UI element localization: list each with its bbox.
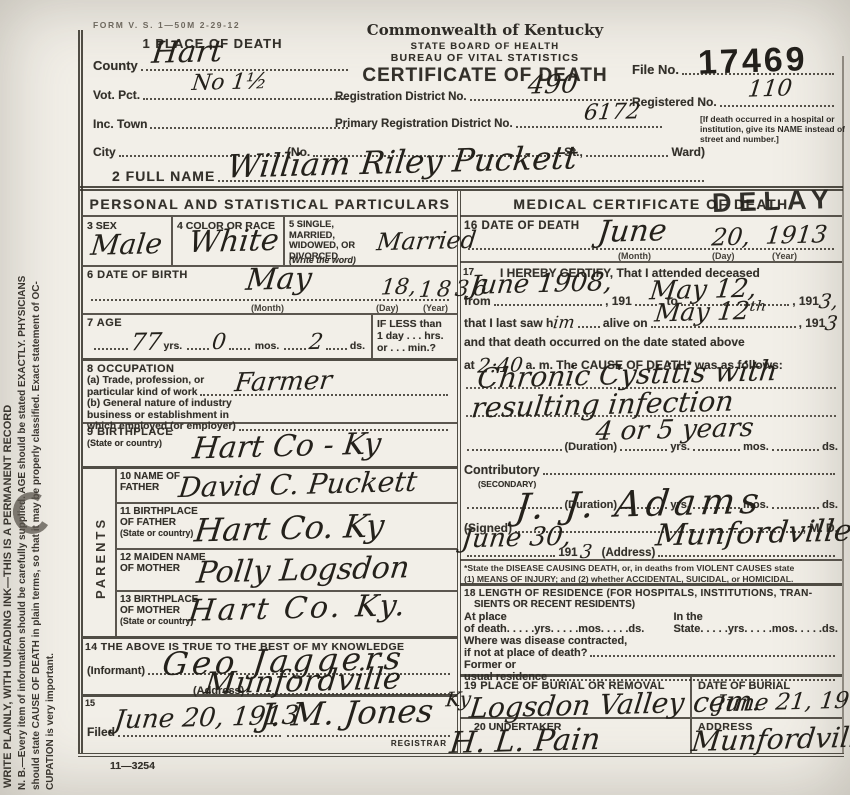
parents-rows: 10 NAME OF FATHER David C. Puckett 11 BI…: [117, 469, 457, 636]
occupation-a2: particular kind of work: [87, 387, 197, 399]
voting-precinct-label: Vot. Pct.: [93, 88, 140, 102]
cause-duration-value: 4 or 5 years: [594, 415, 755, 445]
occupation-row: 8 OCCUPATION (a) Trade, profession, or p…: [83, 361, 457, 424]
dod-year-caption: (Year): [772, 251, 797, 261]
duration-dots-0: [467, 446, 562, 451]
margin-note-permanent-record: WRITE PLAINLY, WITH UNFADING INK—THIS IS…: [2, 405, 14, 788]
county-label: County: [93, 58, 138, 73]
certify-to-191-printed: , 191: [792, 294, 819, 308]
father-name-row: 10 NAME OF FATHER David C. Puckett: [117, 469, 457, 504]
dob-month-value: May: [244, 264, 313, 296]
certify-line3a: that I last saw h: [464, 316, 553, 330]
age-lead-dots: [94, 345, 128, 350]
registered-no-label: Registered No.: [632, 95, 717, 109]
dob-month-caption: (Month): [251, 303, 284, 313]
burial-row: 19 PLACE OF BURIAL OR REMOVAL Ky Logsdon…: [460, 677, 842, 719]
if-less-box: IF LESS than 1 day . . . hrs. or . . . m…: [371, 315, 457, 358]
burial-place-cell: 19 PLACE OF BURIAL OR REMOVAL Ky Logsdon…: [460, 677, 692, 717]
mother-name-value: Polly Logsdon: [195, 553, 411, 589]
hospital-note: [If death occurred in a hospital or inst…: [700, 114, 846, 144]
hole-punch-mark: [9, 489, 55, 538]
county-value: Hart: [150, 37, 224, 69]
residence-contracted-2: if not at place of death?: [464, 647, 587, 659]
certify-block: 17 I HEREBY CERTIFY, That I attended dec…: [460, 263, 842, 459]
margin-note-occupation: CUPATION is very important.: [45, 653, 56, 790]
dob-row: 6 DATE OF BIRTH May 18, 1836 (Month) (Da…: [83, 267, 457, 315]
footnote-block: *State the DISEASE CAUSING DEATH, or, in…: [460, 559, 842, 583]
burial-stray-hw: Ky: [445, 689, 472, 710]
age-row: 7 AGE 77 yrs. 0 mos. 2 ds. IF LESS than …: [83, 315, 457, 361]
residence-at-place-1: At place: [464, 611, 673, 623]
father-birthplace-hint: (State or country): [120, 528, 193, 538]
father-name-value: David C. Puckett: [177, 468, 419, 502]
signed-address-value: Munfordville: [654, 516, 850, 551]
residence-contracted-blank: [590, 652, 835, 657]
ward-label: Ward): [671, 145, 705, 159]
voting-precinct-value: No 1½: [191, 71, 269, 95]
file-no-label: File No.: [632, 62, 679, 77]
age-dots-1: [187, 345, 208, 350]
sex-value: Male: [89, 230, 163, 260]
age-value-line: 77 yrs. 0 mos. 2 ds.: [91, 330, 365, 352]
birthplace-hint: (State or country): [87, 438, 162, 448]
certify-line3-year: 3: [824, 313, 839, 333]
dod-day-value: 20,: [711, 225, 752, 250]
birthplace-value: Hart Co - Ky: [191, 430, 383, 465]
if-less-line-2: 1 day . . . hrs.: [377, 330, 457, 342]
residence-label-2: SIENTS OR RECENT RESIDENTS): [474, 599, 838, 610]
age-dots-2: [229, 345, 250, 350]
marital-value: Married: [375, 228, 477, 255]
sex-cell: 3 SEX Male: [83, 217, 173, 265]
dod-day-caption: (Day): [712, 251, 735, 261]
duration-ds: ds.: [822, 441, 838, 453]
dod-month-caption: (Month): [618, 251, 651, 261]
certify-from-blank: [494, 301, 602, 306]
contributory-label: Contributory: [464, 463, 540, 477]
occupation-b1: (b) General nature of industry: [87, 398, 451, 410]
filed-block: 15 Filed June 20, 1913 J. M. Jones REGIS…: [83, 697, 457, 750]
undertaker-address-cell: ADDRESS Munfordville Ky.: [692, 719, 842, 753]
full-name-label: 2 FULL NAME: [112, 168, 215, 184]
residence-in-state-1: In the: [673, 611, 838, 623]
father-name-label-2: FATHER: [120, 482, 159, 493]
certify-line3c: , 191: [799, 316, 826, 330]
contributory-blank: [543, 470, 835, 475]
mother-birthplace-label-2: OF MOTHER: [120, 605, 180, 616]
city-label: City: [93, 145, 116, 159]
undertaker-cell: 20 UNDERTAKER H. L. Pain: [460, 719, 692, 753]
age-dots-4: [326, 345, 347, 350]
contrib-ds: ds.: [822, 499, 838, 511]
sex-race-marital-row: 3 SEX Male 4 COLOR OR RACE White 5 SINGL…: [83, 217, 457, 267]
undertaker-address-value: Munfordville Ky.: [690, 722, 850, 756]
parents-label-cell: PARENTS: [83, 469, 117, 636]
filed-label: Filed: [87, 725, 115, 739]
death-certificate-scan: WRITE PLAINLY, WITH UNFADING INK—THIS IS…: [0, 0, 850, 795]
form-code: 11—3254: [110, 760, 155, 772]
registration-district-value: 490: [526, 71, 579, 98]
primary-district-label: Primary Registration District No.: [335, 118, 513, 130]
inc-town-row: Inc. Town: [93, 117, 351, 131]
signed-address-dots: [658, 552, 835, 557]
parents-label: PARENTS: [93, 517, 108, 599]
contributory-row: Contributory: [464, 463, 838, 477]
certify-line3-date: May 12ᵗʰ: [653, 298, 768, 326]
duration-dots-1: [620, 446, 667, 451]
header-center: Commonwealth of Kentucky STATE BOARD OF …: [330, 21, 640, 87]
if-less-line-1: IF LESS than: [377, 318, 457, 330]
dod-year-value: 1913: [765, 222, 829, 248]
age-years-unit: yrs.: [164, 340, 183, 352]
certificate-title: CERTIFICATE OF DEATH: [330, 65, 640, 87]
filed-registrar-value: J. M. Jones: [259, 695, 435, 731]
age-years-value: 77: [130, 330, 163, 355]
form-right-border: [842, 56, 844, 753]
contributory-block: Contributory (SECONDARY) (Duration) yrs.…: [460, 459, 842, 559]
residence-columns: At place of death. . . . .yrs. . . . .mo…: [464, 611, 838, 635]
race-value: White: [187, 226, 280, 258]
inc-town-label: Inc. Town: [93, 117, 147, 131]
undertaker-row: 20 UNDERTAKER H. L. Pain ADDRESS Munford…: [460, 719, 842, 753]
age-days-unit: ds.: [350, 340, 365, 352]
certify-line3-hw: im: [552, 315, 576, 333]
signed-date-hw: June 30,: [460, 524, 572, 553]
registered-no-value: 110: [747, 77, 794, 101]
father-birthplace-value: Hart Co. Ky: [193, 509, 386, 546]
primary-district-value: 6172: [583, 101, 642, 124]
registered-no-blank: [720, 102, 834, 107]
dob-day-value: 18,: [380, 277, 418, 300]
mother-birthplace-hint: (State or country): [120, 616, 193, 626]
signed-address-label: (Address): [602, 547, 656, 559]
filed-num: 15: [85, 698, 95, 708]
bureau-line: BUREAU OF VITAL STATISTICS: [330, 52, 640, 64]
delay-stamp: DELAY: [711, 184, 836, 219]
certify-line3b: alive on: [603, 316, 648, 330]
certify-to-year-hw: 3,: [818, 291, 839, 311]
mother-name-row: 12 MAIDEN NAME OF MOTHER Polly Logsdon: [117, 550, 457, 593]
certify-lastsaw-row: that I last saw h im alive on , 191 3: [464, 313, 838, 330]
contrib-dots-3: [772, 504, 819, 509]
certify-line-4: and that death occurred on the date stat…: [464, 335, 836, 349]
margin-note-cause: should state CAUSE OF DEATH in plain ter…: [31, 281, 42, 790]
birthplace-row: 9 BIRTHPLACE (State or country) Hart Co …: [83, 424, 457, 469]
dod-label: 16 DATE OF DEATH: [464, 220, 580, 232]
medical-section: MEDICAL CERTIFICATE OF DEATH 16 DATE OF …: [460, 191, 842, 753]
certify-lastsaw-dots-1: [578, 323, 600, 328]
father-name-label-1: 10 NAME OF: [120, 471, 180, 482]
duration-dots-3: [772, 446, 819, 451]
voting-precinct-blank-line: [143, 95, 348, 100]
residence-contracted-1: Where was disease contracted,: [464, 635, 838, 647]
informant-block: 14 THE ABOVE IS TRUE TO THE BEST OF MY K…: [83, 639, 457, 697]
form-number: FORM V. S. 1—50M 2-29-12: [93, 20, 240, 30]
personal-section: PERSONAL AND STATISTICAL PARTICULARS 3 S…: [83, 191, 457, 753]
residence-contracted-row: if not at place of death?: [464, 647, 838, 659]
duration-dots-2: [693, 446, 740, 451]
full-name-value: William Riley Puckett: [226, 141, 580, 182]
age-months-unit: mos.: [255, 340, 280, 352]
residence-block: 18 LENGTH OF RESIDENCE (FOR HOSPITALS, I…: [460, 583, 842, 677]
certify-at-label: at: [464, 358, 475, 372]
signed-year-hw: 3: [578, 543, 592, 562]
residence-former-1: Former or: [464, 659, 838, 671]
mother-name-label-1: 12 MAIDEN NAME: [120, 552, 206, 563]
birthplace-label: 9 BIRTHPLACE: [87, 426, 173, 438]
dob-label: 6 DATE OF BIRTH: [87, 269, 188, 281]
father-birthplace-row: 11 BIRTHPLACE OF FATHER (State or countr…: [117, 504, 457, 550]
residence-at-place: At place of death. . . . .yrs. . . . .mo…: [464, 611, 673, 635]
occupation-value: Farmer: [233, 368, 333, 397]
registration-district-label: Registration District No.: [335, 91, 467, 103]
personal-section-header: PERSONAL AND STATISTICAL PARTICULARS: [83, 191, 457, 217]
mother-birthplace-label-1: 13 BIRTHPLACE: [120, 594, 198, 605]
residence-in-state: In the State. . . . .yrs. . . . .mos. . …: [673, 611, 838, 635]
age-months-value: 0: [210, 332, 227, 354]
mother-birthplace-row: 13 BIRTHPLACE OF MOTHER (State or countr…: [117, 592, 457, 636]
father-birthplace-label-1: 11 BIRTHPLACE: [120, 506, 198, 517]
residence-label-1: 18 LENGTH OF RESIDENCE (FOR HOSPITALS, I…: [464, 588, 838, 599]
burial-place-value: Logsdon Valley cem.: [468, 687, 763, 723]
residence-at-place-2: of death. . . . .yrs. . . . .mos. . . . …: [464, 623, 673, 635]
registered-no-row: Registered No.: [632, 95, 837, 109]
occupation-b2: business or establishment in: [87, 410, 451, 422]
race-cell: 4 COLOR OR RACE White: [173, 217, 285, 265]
parents-block: PARENTS 10 NAME OF FATHER David C. Pucke…: [83, 469, 457, 639]
marital-cell: 5 SINGLE, MARRIED, WIDOWED, OR DIVORCED …: [285, 217, 457, 265]
informant-address-value: Munfordville: [203, 664, 403, 699]
age-days-value: 2: [307, 332, 324, 354]
undertaker-value: H. L. Pain: [448, 725, 602, 759]
dob-day-caption: (Day): [376, 303, 399, 313]
inc-town-blank-line: [150, 124, 348, 129]
mother-name-label-2: OF MOTHER: [120, 563, 180, 574]
ward-blank-line: [586, 152, 669, 157]
registrar-label: REGISTRAR: [391, 739, 447, 748]
state-board-line: STATE BOARD OF HEALTH: [330, 41, 640, 52]
informant-label: (Informant): [87, 665, 145, 677]
dod-month-value: June: [596, 216, 668, 248]
certify-from-value: June 1908,: [468, 269, 613, 299]
dob-year-caption: (Year): [423, 303, 448, 313]
residence-in-state-2: State. . . . .yrs. . . . .mos. . . . .ds…: [673, 623, 838, 635]
dod-row: 16 DATE OF DEATH June 20, 1913 (Month) (…: [460, 217, 842, 263]
age-label: 7 AGE: [87, 317, 122, 329]
if-less-line-3: or . . . min.?: [377, 342, 457, 354]
commonwealth-title: Commonwealth of Kentucky: [330, 21, 640, 39]
mother-birthplace-value: Hart Co. Ky.: [187, 591, 410, 627]
footnote-line-1: *State the DISEASE CAUSING DEATH, or, in…: [464, 563, 838, 574]
age-dots-3: [284, 345, 305, 350]
father-birthplace-label-2: OF FATHER: [120, 517, 176, 528]
personal-section-title: PERSONAL AND STATISTICAL PARTICULARS: [90, 196, 451, 212]
